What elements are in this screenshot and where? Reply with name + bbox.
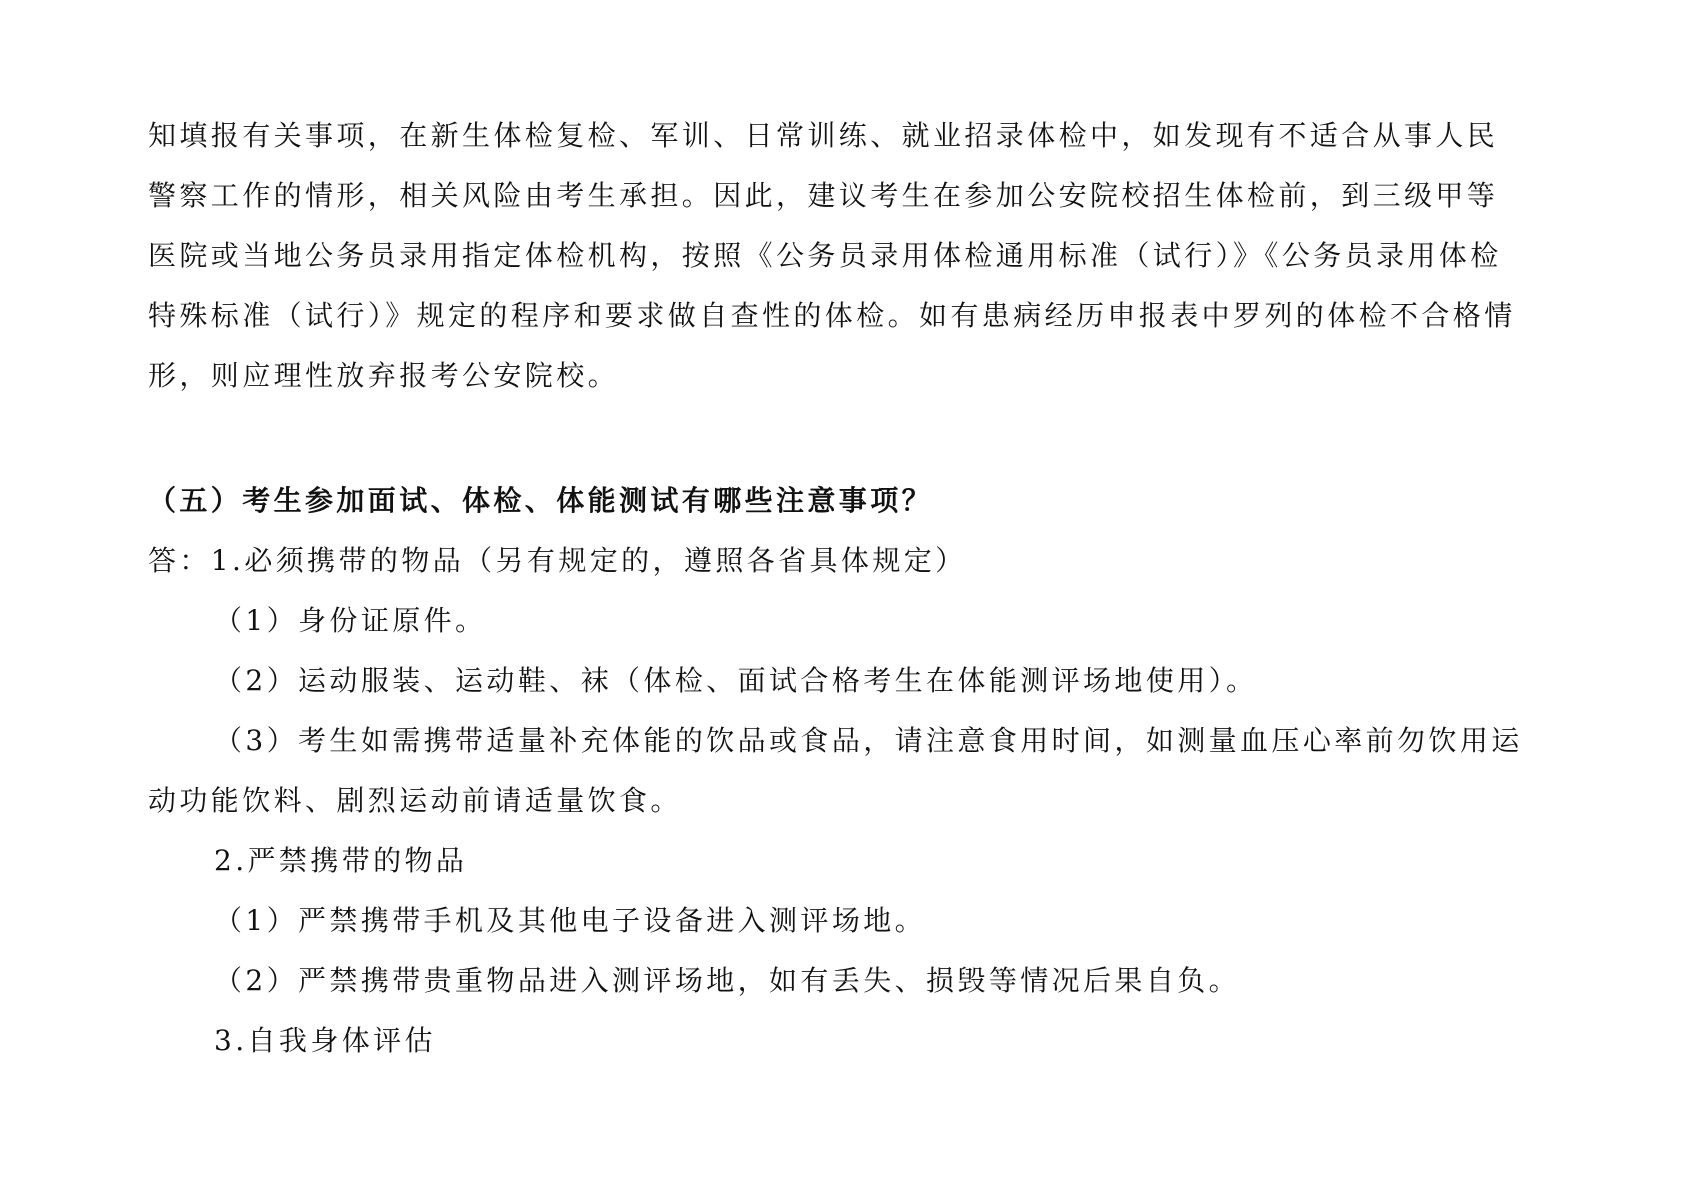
document-page: 知填报有关事项，在新生体检复检、军训、日常训练、就业招录体检中，如发现有不适合从… (0, 0, 1684, 1191)
prohibited-item: （1）严禁携带手机及其他电子设备进入测评场地。 (214, 901, 926, 941)
section-heading: （五）考生参加面试、体检、体能测试有哪些注意事项？ (148, 481, 933, 521)
paragraph-line: 知填报有关事项，在新生体检复检、军训、日常训练、就业招录体检中，如发现有不适合从… (148, 116, 1498, 156)
required-item: （1）身份证原件。 (214, 601, 486, 641)
required-item: （3）考生如需携带适量补充体能的饮品或食品，请注意食用时间，如测量血压心率前勿饮… (214, 721, 1523, 761)
paragraph-line: 警察工作的情形，相关风险由考生承担。因此，建议考生在参加公安院校招生体检前，到三… (148, 176, 1498, 216)
answer-intro: 答：1.必须携带的物品（另有规定的，遵照各省具体规定） (148, 541, 967, 581)
required-item-continuation: 动功能饮料、剧烈运动前请适量饮食。 (148, 781, 682, 821)
required-item: （2）运动服装、运动鞋、袜（体检、面试合格考生在体能测评场地使用）。 (214, 661, 1257, 701)
prohibited-heading: 2.严禁携带的物品 (214, 841, 467, 881)
paragraph-line: 特殊标准（试行）》规定的程序和要求做自查性的体检。如有患病经历申报表中罗列的体检… (148, 296, 1516, 336)
prohibited-item: （2）严禁携带贵重物品进入测评场地，如有丢失、损毁等情况后果自负。 (214, 961, 1240, 1001)
self-assessment-heading: 3.自我身体评估 (214, 1021, 436, 1061)
paragraph-line: 形，则应理性放弃报考公安院校。 (148, 356, 619, 396)
paragraph-line: 医院或当地公务员录用指定体检机构，按照《公务员录用体检通用标准（试行）》《公务员… (148, 236, 1502, 276)
